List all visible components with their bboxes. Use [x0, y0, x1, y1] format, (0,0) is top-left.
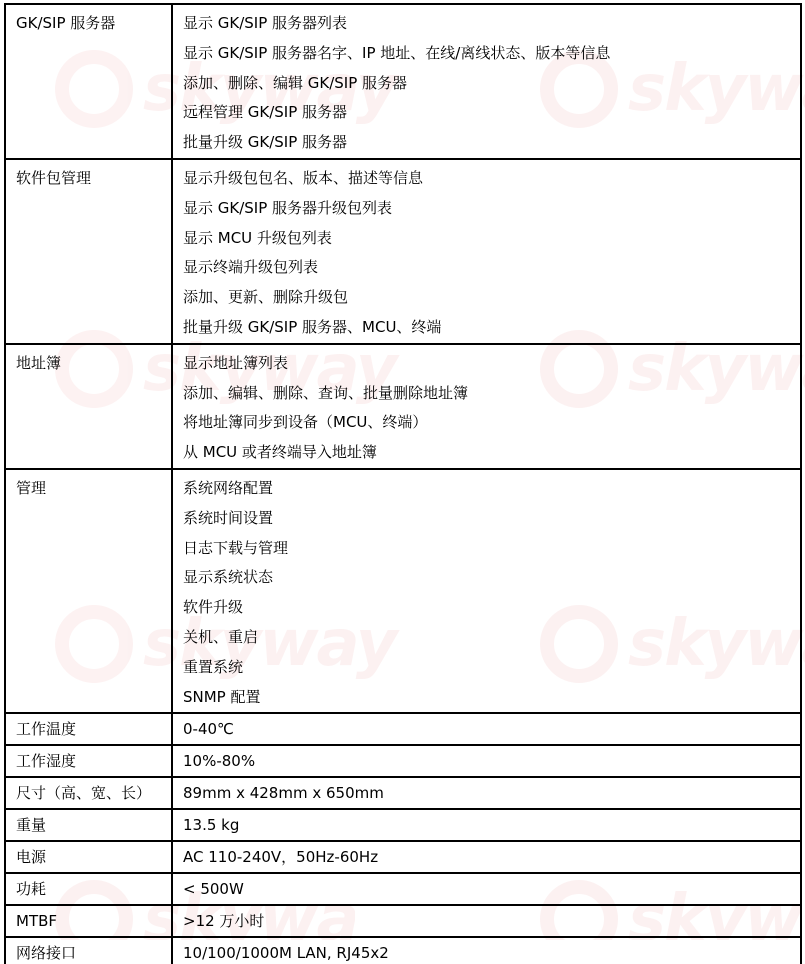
feature-item: 批量升级 GK/SIP 服务器、MCU、终端	[183, 313, 790, 343]
row-label: MTBF	[5, 905, 172, 937]
feature-item: 添加、更新、删除升级包	[183, 283, 790, 313]
row-label: 重量	[5, 809, 172, 841]
table-row: 工作温度 0-40℃	[5, 713, 801, 745]
table-row: 软件包管理 显示升级包包名、版本、描述等信息 显示 GK/SIP 服务器升级包列…	[5, 159, 801, 344]
table-row: 地址簿 显示地址簿列表 添加、编辑、删除、查询、批量删除地址簿 将地址簿同步到设…	[5, 344, 801, 469]
feature-item: 日志下载与管理	[183, 534, 790, 564]
row-value: 10/100/1000M LAN, RJ45x2	[172, 937, 801, 964]
row-values: 系统网络配置 系统时间设置 日志下载与管理 显示系统状态 软件升级 关机、重启 …	[172, 469, 801, 713]
row-label: 地址簿	[5, 344, 172, 469]
row-values: 显示 GK/SIP 服务器列表 显示 GK/SIP 服务器名字、IP 地址、在线…	[172, 4, 801, 159]
row-values: 显示地址簿列表 添加、编辑、删除、查询、批量删除地址簿 将地址簿同步到设备（MC…	[172, 344, 801, 469]
row-label: 功耗	[5, 873, 172, 905]
row-label: 工作温度	[5, 713, 172, 745]
row-label: 管理	[5, 469, 172, 713]
feature-item: 显示终端升级包列表	[183, 253, 790, 283]
table-row: 工作湿度 10%-80%	[5, 745, 801, 777]
row-value: 0-40℃	[172, 713, 801, 745]
table-row: 电源 AC 110-240V，50Hz-60Hz	[5, 841, 801, 873]
row-value: 13.5 kg	[172, 809, 801, 841]
feature-item: 远程管理 GK/SIP 服务器	[183, 98, 790, 128]
table-row: 管理 系统网络配置 系统时间设置 日志下载与管理 显示系统状态 软件升级 关机、…	[5, 469, 801, 713]
table-row: MTBF >12 万小时	[5, 905, 801, 937]
row-value: AC 110-240V，50Hz-60Hz	[172, 841, 801, 873]
feature-item: 显示 GK/SIP 服务器列表	[183, 9, 790, 39]
feature-item: 显示 MCU 升级包列表	[183, 224, 790, 254]
row-label: GK/SIP 服务器	[5, 4, 172, 159]
row-label: 网络接口	[5, 937, 172, 964]
table-row: 网络接口 10/100/1000M LAN, RJ45x2	[5, 937, 801, 964]
row-value: < 500W	[172, 873, 801, 905]
feature-item: 显示升级包包名、版本、描述等信息	[183, 164, 790, 194]
feature-item: 关机、重启	[183, 623, 790, 653]
table-row: 重量 13.5 kg	[5, 809, 801, 841]
feature-item: 显示 GK/SIP 服务器升级包列表	[183, 194, 790, 224]
feature-item: 将地址簿同步到设备（MCU、终端）	[183, 408, 790, 438]
table-row: 功耗 < 500W	[5, 873, 801, 905]
feature-item: 从 MCU 或者终端导入地址簿	[183, 438, 790, 468]
feature-item: 系统网络配置	[183, 474, 790, 504]
feature-item: 添加、编辑、删除、查询、批量删除地址簿	[183, 379, 790, 409]
row-label: 工作湿度	[5, 745, 172, 777]
feature-item: 批量升级 GK/SIP 服务器	[183, 128, 790, 158]
row-label: 尺寸（高、宽、长）	[5, 777, 172, 809]
table-row: GK/SIP 服务器 显示 GK/SIP 服务器列表 显示 GK/SIP 服务器…	[5, 4, 801, 159]
row-value: >12 万小时	[172, 905, 801, 937]
feature-item: 系统时间设置	[183, 504, 790, 534]
feature-item: SNMP 配置	[183, 683, 790, 713]
row-value: 89mm x 428mm x 650mm	[172, 777, 801, 809]
row-value: 10%-80%	[172, 745, 801, 777]
row-label: 电源	[5, 841, 172, 873]
feature-item: 重置系统	[183, 653, 790, 683]
feature-item: 显示地址簿列表	[183, 349, 790, 379]
feature-item: 显示系统状态	[183, 563, 790, 593]
row-values: 显示升级包包名、版本、描述等信息 显示 GK/SIP 服务器升级包列表 显示 M…	[172, 159, 801, 344]
table-row: 尺寸（高、宽、长） 89mm x 428mm x 650mm	[5, 777, 801, 809]
feature-item: 显示 GK/SIP 服务器名字、IP 地址、在线/离线状态、版本等信息	[183, 39, 790, 69]
spec-table: GK/SIP 服务器 显示 GK/SIP 服务器列表 显示 GK/SIP 服务器…	[4, 3, 802, 964]
feature-item: 添加、删除、编辑 GK/SIP 服务器	[183, 69, 790, 99]
feature-item: 软件升级	[183, 593, 790, 623]
row-label: 软件包管理	[5, 159, 172, 344]
